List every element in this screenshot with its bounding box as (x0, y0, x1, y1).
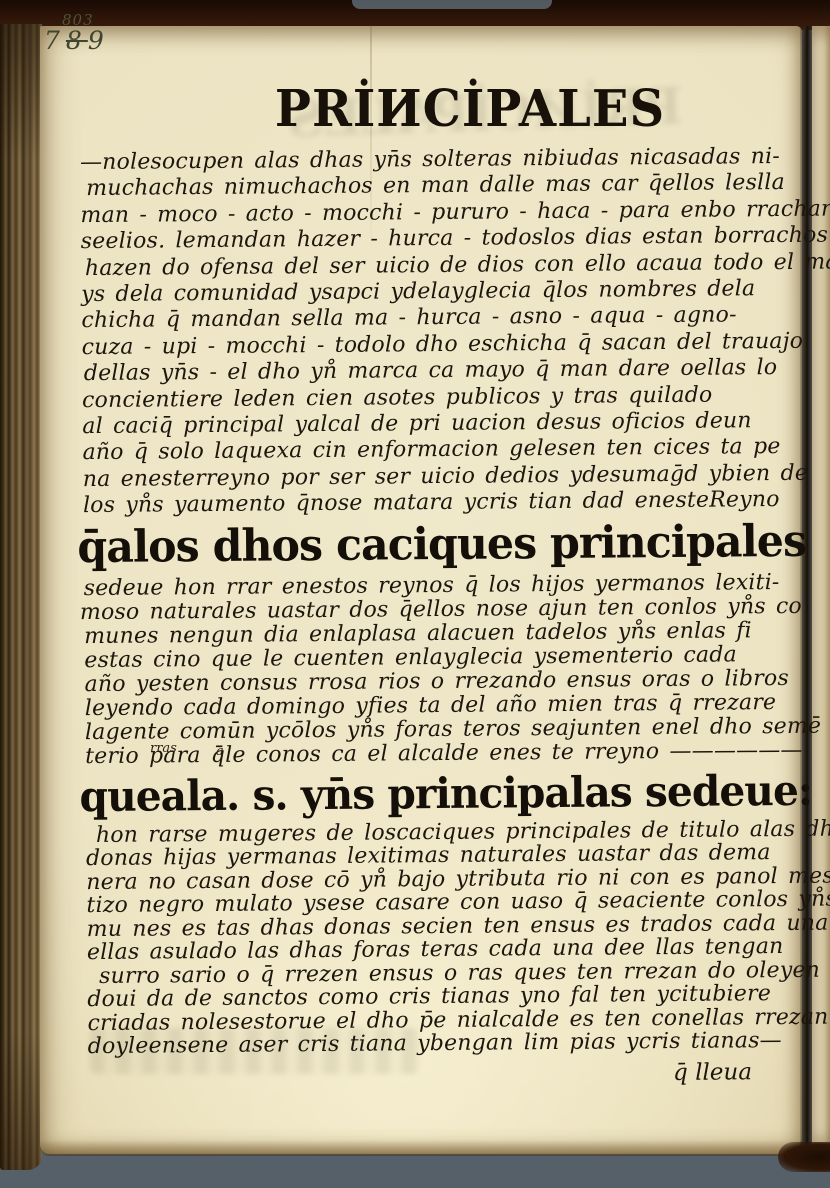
folio-digit: 7 (44, 26, 66, 55)
manuscript-line: terio para q̄le conos ca el alcalde enes… (85, 739, 797, 769)
section-3: hon rarse mugeres de loscaciques princip… (86, 818, 800, 1059)
curled-corner (778, 1142, 830, 1172)
section-1: —nolesocupen alas dhas yn̄s solteras nib… (80, 144, 795, 520)
folio-number: 789 (44, 28, 110, 54)
interlinear-correction: rras (150, 742, 177, 755)
cover-notch (352, 0, 552, 9)
section-heading-caciques: q̄alos dhos caciques principales (77, 516, 774, 574)
scanned-manuscript: 803 789 PRİИCİPALES PRİИCİPALES —nolesoc… (0, 0, 830, 1188)
manuscript-line: los yn̊s yaumento q̄nose matara ycris ti… (83, 487, 795, 520)
book-spine-page-stack (0, 24, 42, 1170)
section-2: sedeue hon rrar enestos reynos q̄ los hi… (84, 571, 798, 769)
folio-digit: 9 (88, 26, 110, 55)
folio-digit-struck: 8 (66, 26, 88, 55)
page-title: PRİИCİPALES (170, 80, 770, 137)
section-heading-senoras: queala. s. yn̄s principalas sedeue: (79, 767, 776, 821)
manuscript-line: doyleensene aser cris tiana ybengan lim … (88, 1029, 800, 1059)
interlinear-correction: a (216, 745, 224, 758)
manuscript-text: —nolesocupen alas dhas yn̄s solteras nib… (80, 144, 800, 1091)
